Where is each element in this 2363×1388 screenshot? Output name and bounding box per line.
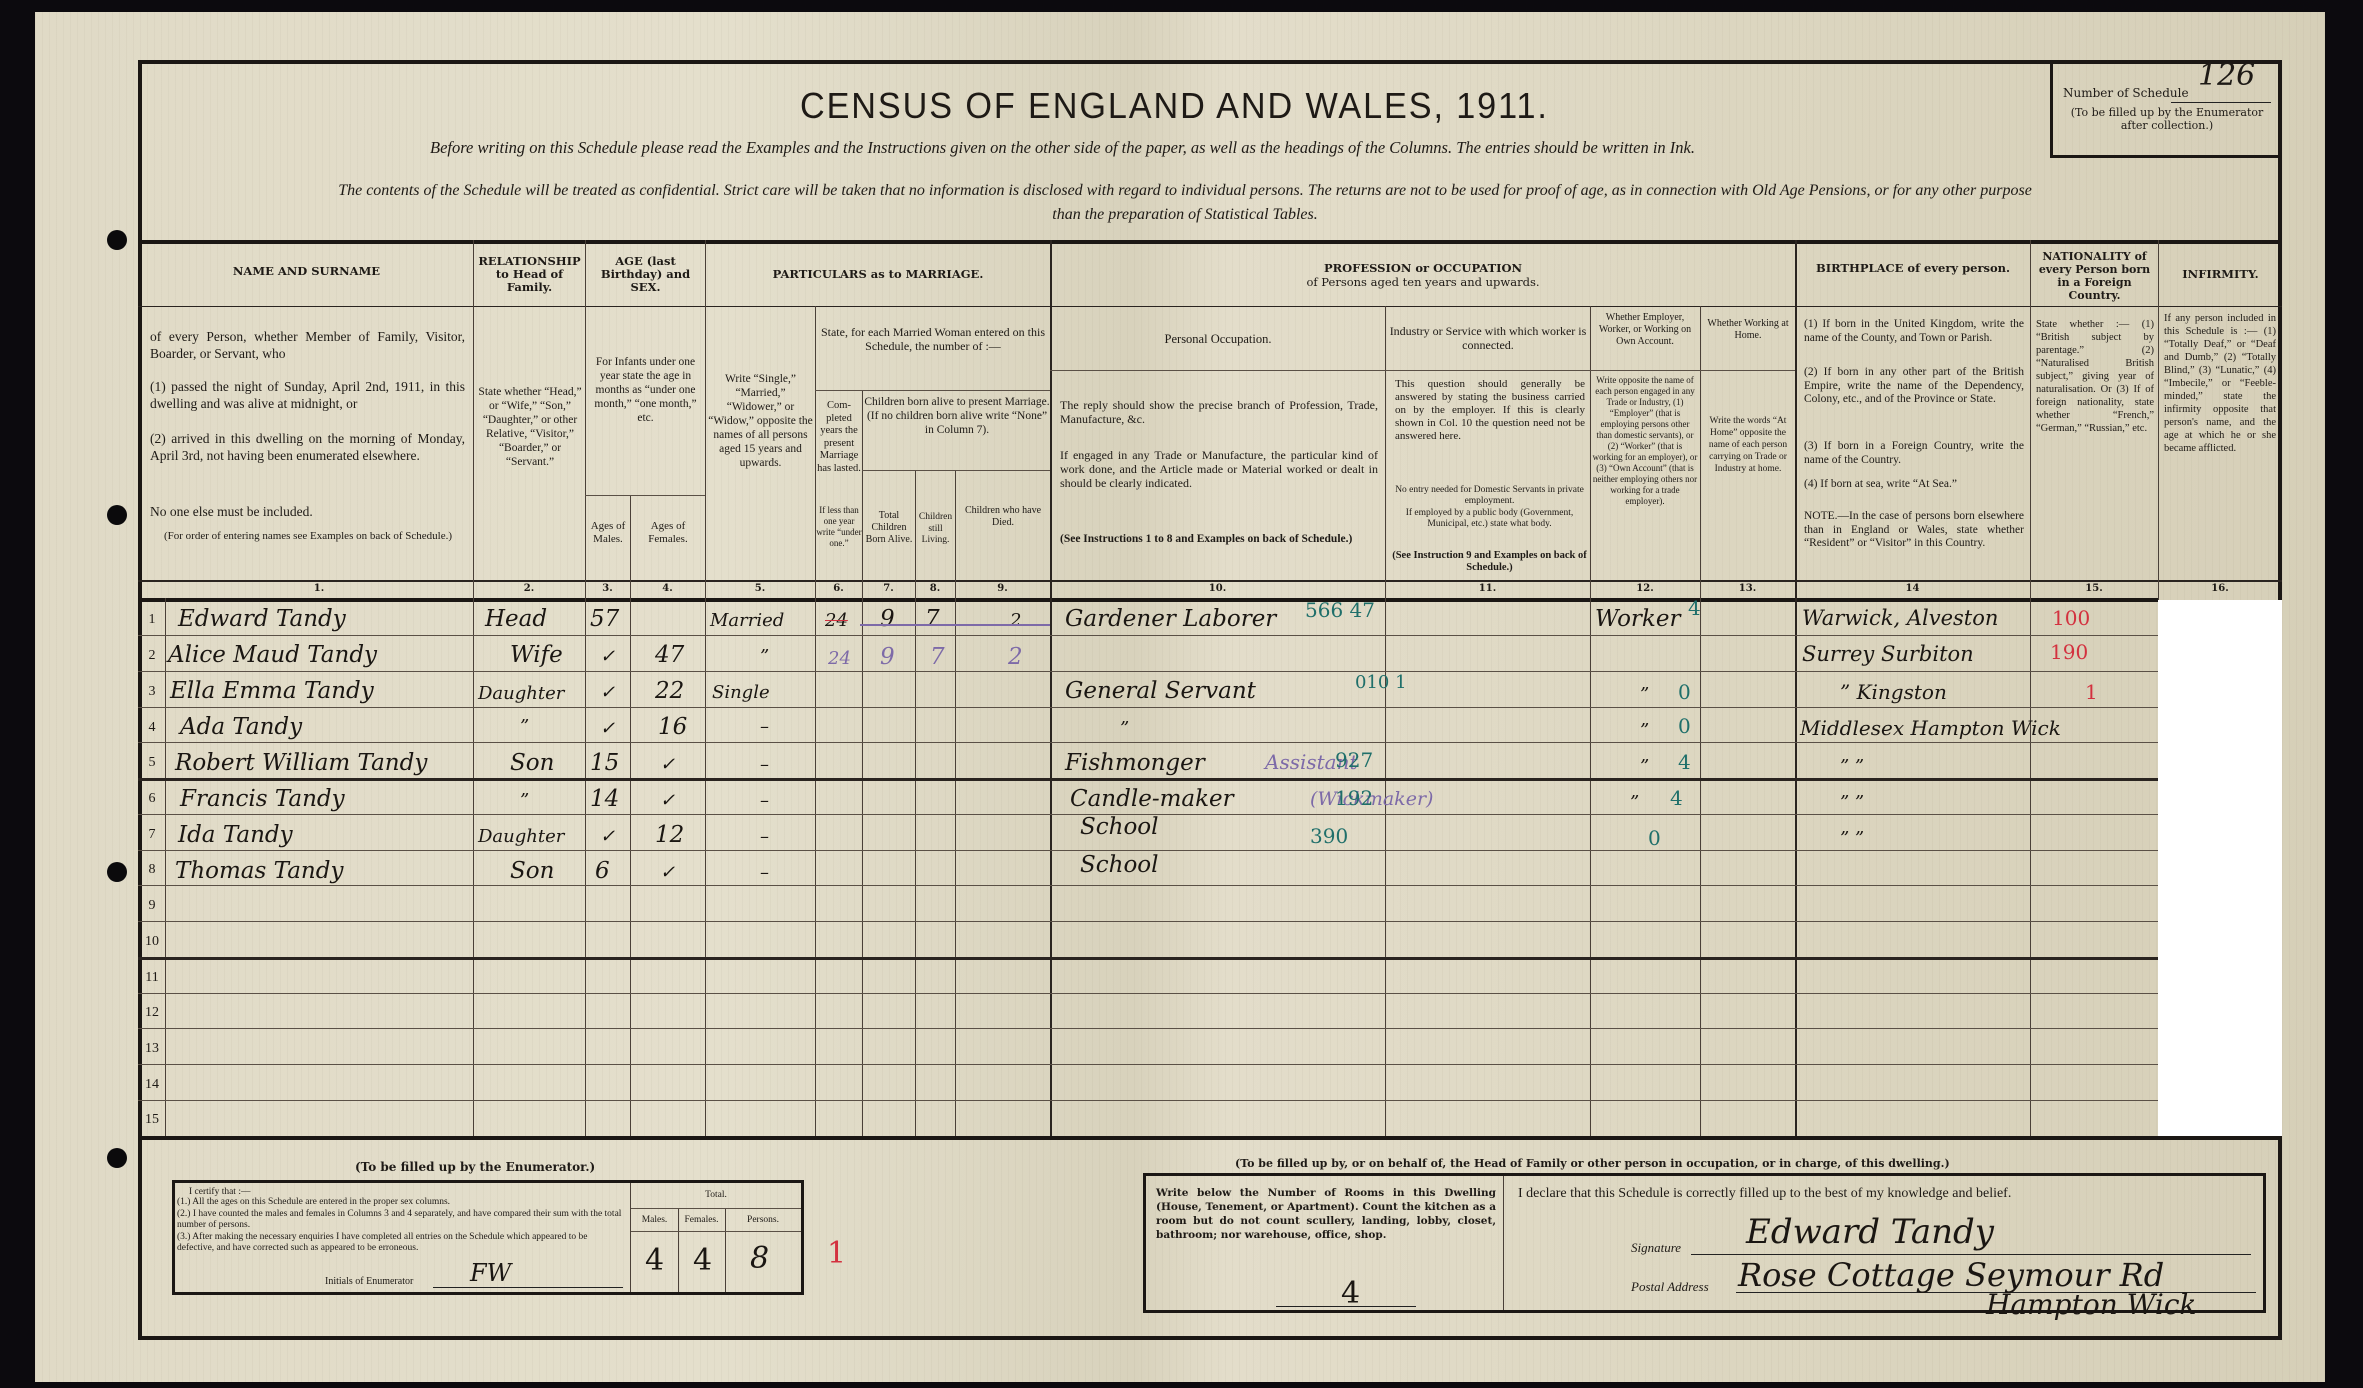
cell-years-married[interactable]: 24: [828, 648, 851, 669]
cell-marriage[interactable]: ”: [760, 646, 769, 667]
col-title-industry: Industry or Service with which worker is…: [1388, 324, 1588, 352]
col-number: 11.: [1385, 583, 1590, 594]
col-desc-birthplace-4: (4) If born at sea, write “At Sea.”: [1804, 478, 2024, 492]
col-desc-occupation-2: If engaged in any Trade or Manufacture, …: [1060, 448, 1378, 490]
col-title-at-home: Whether Working at Home.: [1702, 318, 1794, 342]
col-header-birthplace: BIRTHPLACE of every person.: [1796, 262, 2030, 275]
row-number: 11: [140, 970, 164, 986]
punch-hole: [107, 1148, 127, 1168]
declaration-text: I declare that this Schedule is correctl…: [1518, 1186, 2011, 1202]
enumerator-initials[interactable]: FW: [470, 1259, 511, 1287]
enumerator-heading: (To be filled up by the Enumerator.): [355, 1160, 595, 1174]
cell-marriage[interactable]: Single: [712, 682, 770, 703]
col-desc-employment: Write opposite the name of each person e…: [1592, 375, 1698, 507]
cell-occupation-code: 192: [1335, 786, 1373, 810]
col-desc-industry-2: No entry needed for Domestic Servants in…: [1392, 485, 1587, 507]
total-males[interactable]: 4: [645, 1243, 664, 1278]
col-desc-birthplace-3: (3) If born in a Foreign Country, write …: [1804, 440, 2024, 467]
schedule-number-label: Number of Schedule: [2063, 86, 2189, 100]
cell-occupation[interactable]: ”: [1120, 718, 1129, 739]
col-desc-infirmity: If any person included in this Schedule …: [2164, 312, 2276, 455]
col-desc-name-3: No one else must be included.: [150, 505, 465, 519]
cell-name[interactable]: Edward Tandy: [178, 606, 346, 632]
cell-marriage[interactable]: –: [760, 716, 769, 737]
total-label: Total.: [631, 1189, 801, 1202]
cell-relationship[interactable]: Head: [485, 606, 547, 632]
cell-employment-code: 0: [1648, 826, 1661, 850]
col-desc-marriage-status: Write “Single,” “Married,” “Widower,” or…: [708, 372, 813, 470]
col-header-age: AGE (last Birthday) and SEX.: [586, 255, 705, 294]
cell-marriage[interactable]: Married: [710, 610, 784, 631]
col-desc-industry-4: (See Instruction 9 and Examples on back …: [1392, 550, 1587, 574]
cell-marriage[interactable]: –: [760, 790, 769, 811]
signature-value[interactable]: Edward Tandy: [1746, 1212, 1994, 1252]
col-subheader-occupation: of Persons aged ten years and upwards.: [1051, 276, 1795, 289]
row-number: 9: [140, 898, 164, 914]
certify-item-1: (1.) All the ages on this Schedule are e…: [177, 1197, 627, 1208]
col-number: 5.: [705, 583, 815, 594]
col-desc-children-died: Children who have Died.: [956, 505, 1050, 529]
punch-hole: [107, 505, 127, 525]
schedule-number-value[interactable]: 126: [2198, 58, 2255, 93]
cell-years-married[interactable]: 24: [825, 610, 848, 631]
postal-address-line-2[interactable]: Hampton Wick: [1986, 1288, 2197, 1321]
cell-occupation-code: 566 47: [1305, 598, 1375, 622]
cell-children-died[interactable]: 2: [1010, 610, 1021, 631]
cell-birthplace[interactable]: Middlesex Hampton Wick: [1800, 716, 2061, 740]
total-persons[interactable]: 8: [750, 1241, 769, 1276]
head-section-heading: (To be filled up by, or on behalf of, th…: [1235, 1157, 1950, 1170]
cell-children-born[interactable]: 9: [880, 606, 895, 632]
cell-age-male[interactable]: 6: [595, 858, 610, 884]
col-desc-nationality: State whether :— (1) “British subject by…: [2036, 318, 2154, 435]
punch-hole: [107, 862, 127, 882]
col-number: 9.: [955, 583, 1050, 594]
cell-employment[interactable]: ”: [1630, 792, 1639, 813]
postal-address-label: Postal Address: [1631, 1279, 1709, 1295]
cell-occupation[interactable]: School: [1080, 814, 1159, 840]
confidential-line: The contents of the Schedule will be tre…: [165, 182, 2205, 200]
row-number: 14: [140, 1077, 164, 1093]
col-desc-name-4: (For order of entering names see Example…: [148, 530, 468, 543]
cell-birthplace[interactable]: ” Kingston: [1840, 680, 1947, 704]
cell-relationship[interactable]: Wife: [510, 642, 563, 668]
cell-name[interactable]: Ella Emma Tandy: [170, 678, 374, 704]
col-desc-name: of every Person, whether Member of Famil…: [150, 328, 465, 362]
col-desc-relationship: State whether “Head,” or “Wife,” “Son,” …: [478, 385, 582, 469]
col-desc-occupation-1: The reply should show the precise branch…: [1060, 398, 1378, 426]
col-desc-industry-1: This question should generally be answer…: [1395, 378, 1585, 443]
cell-occupation-code: 010 1: [1355, 672, 1407, 693]
cell-name[interactable]: Ada Tandy: [180, 714, 302, 740]
cell-occupation[interactable]: General Servant: [1065, 678, 1256, 704]
row-number: 8: [140, 862, 164, 878]
cell-age-male[interactable]: ✓: [600, 826, 615, 847]
col-desc-at-home: Write the words “At Home” opposite the n…: [1702, 415, 1794, 475]
cell-occupation-code: 927: [1335, 748, 1373, 772]
row-number: 15: [140, 1112, 164, 1128]
col-header-nationality: NATIONALITY of every Person born in a Fo…: [2031, 250, 2158, 302]
cell-age-female[interactable]: 12: [655, 822, 684, 848]
cell-relationship[interactable]: ”: [520, 716, 529, 737]
cell-age-female[interactable]: ✓: [660, 754, 675, 775]
cell-occupation[interactable]: Fishmonger: [1065, 750, 1205, 776]
females-label: Females.: [678, 1214, 725, 1227]
cell-age-male[interactable]: 14: [590, 786, 619, 812]
col-desc-birthplace-5: NOTE.—In the case of persons born elsewh…: [1804, 510, 2024, 551]
row-number: 12: [140, 1005, 164, 1021]
cell-age-female[interactable]: 47: [655, 642, 684, 668]
col-number: 6.: [815, 583, 862, 594]
col-desc-males: Ages of Males.: [586, 520, 630, 546]
cell-age-male[interactable]: ✓: [600, 718, 615, 739]
signature-label: Signature: [1631, 1240, 1681, 1256]
cell-birthplace-code: 190: [2050, 640, 2088, 664]
cell-age-female[interactable]: ✓: [660, 790, 675, 811]
males-label: Males.: [631, 1214, 678, 1227]
col-number: 14: [1795, 583, 2030, 594]
row-number: 10: [140, 934, 164, 950]
cell-name[interactable]: Thomas Tandy: [175, 858, 343, 884]
col-number: 16.: [2158, 583, 2282, 594]
row-number: 6: [140, 791, 164, 807]
cell-employment[interactable]: ”: [1640, 684, 1649, 705]
row-number: 7: [140, 827, 164, 843]
cell-employment-code: 4: [1688, 596, 1701, 620]
cell-occupation[interactable]: Gardener Laborer: [1065, 606, 1276, 632]
cell-relationship[interactable]: ”: [520, 790, 529, 811]
col-number: 12.: [1590, 583, 1700, 594]
col-desc-children: Children born alive to present Marriage.…: [864, 395, 1050, 437]
cell-name[interactable]: Robert William Tandy: [175, 750, 427, 776]
cell-children-living[interactable]: 7: [925, 606, 940, 632]
col-desc-birthplace-1: (1) If born in the United Kingdom, write…: [1804, 318, 2024, 345]
cell-birthplace[interactable]: Warwick, Alveston: [1802, 606, 1998, 630]
cell-employment-code: 0: [1678, 714, 1691, 738]
cell-name[interactable]: Alice Maud Tandy: [168, 642, 377, 668]
col-title-employment: Whether Employer, Worker, or Working on …: [1592, 312, 1698, 348]
cell-marriage[interactable]: –: [760, 862, 769, 883]
cell-employment-code: 4: [1678, 750, 1691, 774]
schedule-number-note: (To be filled up by the Enumerator after…: [2061, 106, 2273, 132]
cell-birthplace[interactable]: Surrey Surbiton: [1802, 642, 1974, 666]
red-tally-mark: 1: [827, 1236, 846, 1271]
cell-occupation[interactable]: School: [1080, 852, 1159, 878]
cell-age-male[interactable]: 57: [590, 606, 619, 632]
row-number: 2: [140, 648, 164, 664]
col-number: 4.: [630, 583, 705, 594]
cell-age-male[interactable]: ✓: [600, 646, 615, 667]
col-number: 13.: [1700, 583, 1795, 594]
cell-birthplace-code: 100: [2052, 606, 2090, 630]
col-desc-total-children: Total Children Born Alive.: [863, 510, 915, 546]
certify-item-2: (2.) I have counted the males and female…: [177, 1209, 627, 1231]
schedule-number-box: Number of Schedule 126 (To be filled up …: [2050, 62, 2278, 158]
col-number: 7.: [862, 583, 915, 594]
col-number: 1.: [165, 583, 473, 594]
col-header-name: NAME AND SURNAME: [140, 265, 473, 278]
col-desc-name-1: (1) passed the night of Sunday, April 2n…: [150, 378, 465, 412]
cell-age-female[interactable]: ✓: [660, 862, 675, 883]
cell-marriage[interactable]: –: [760, 826, 769, 847]
cell-marriage[interactable]: –: [760, 754, 769, 775]
row-number: 1: [140, 612, 164, 628]
col-header-marriage: PARTICULARS as to MARRIAGE.: [706, 268, 1050, 281]
col-desc-occupation-3: (See Instructions 1 to 8 and Examples on…: [1060, 532, 1378, 546]
cell-relationship[interactable]: Daughter: [478, 683, 564, 704]
row-number: 4: [140, 720, 164, 736]
col-desc-children-living: Children still Living.: [916, 512, 955, 547]
instruction-line: Before writing on this Schedule please r…: [430, 138, 2030, 158]
col-header-occupation: PROFESSION or OCCUPATION: [1051, 262, 1795, 275]
total-females[interactable]: 4: [693, 1243, 712, 1278]
col-desc-years-married: Com-pleted years the present Marriage ha…: [816, 400, 862, 475]
initials-label: Initials of Enumerator: [325, 1275, 413, 1288]
cell-employment[interactable]: Worker: [1595, 606, 1680, 632]
cell-birthplace[interactable]: ” ”: [1840, 756, 1864, 777]
cell-age-male[interactable]: ✓: [600, 682, 615, 703]
row-number: 13: [140, 1041, 164, 1057]
infirmity-column-redacted: [2158, 600, 2282, 1136]
col-desc-age: For Infants under one year state the age…: [588, 355, 703, 425]
col-number: 2.: [473, 583, 585, 594]
certify-item-3: (3.) After making the necessary enquirie…: [177, 1232, 627, 1254]
confidential-line-2: than the preparation of Statistical Tabl…: [165, 206, 2205, 224]
cell-occupation[interactable]: Candle-maker: [1070, 786, 1234, 812]
col-desc-birthplace-2: (2) If born in any other part of the Bri…: [1804, 366, 2024, 407]
col-desc-females: Ages of Females.: [631, 520, 705, 546]
cell-name[interactable]: Francis Tandy: [180, 786, 345, 812]
page-title: CENSUS OF ENGLAND AND WALES, 1911.: [800, 85, 1549, 127]
cell-children-living[interactable]: 7: [930, 644, 945, 670]
row-number: 3: [140, 684, 164, 700]
cell-employment[interactable]: ”: [1640, 756, 1649, 777]
col-number: 10.: [1050, 583, 1385, 594]
col-number: 3.: [585, 583, 630, 594]
rooms-instruction: Write below the Number of Rooms in this …: [1156, 1186, 1496, 1242]
head-section-box: Write below the Number of Rooms in this …: [1143, 1173, 2266, 1313]
cell-employment-code: 4: [1670, 786, 1683, 810]
col-header-relationship: RELATIONSHIP to Head of Family.: [474, 255, 585, 294]
col-number: 8.: [915, 583, 955, 594]
cell-relationship[interactable]: Son: [510, 858, 554, 884]
cell-age-female[interactable]: 22: [655, 678, 684, 704]
enumerator-box: I certify that :— (1.) All the ages on t…: [172, 1180, 804, 1295]
cell-children-born[interactable]: 9: [880, 644, 895, 670]
cell-employment[interactable]: ”: [1640, 720, 1649, 741]
col-header-infirmity: INFIRMITY.: [2159, 268, 2282, 281]
col-desc-industry-3: If employed by a public body (Government…: [1392, 508, 1587, 530]
cell-relationship[interactable]: Daughter: [478, 826, 564, 847]
col-desc-married-woman: State, for each Married Woman entered on…: [818, 325, 1048, 353]
cell-birthplace[interactable]: ” ”: [1840, 792, 1864, 813]
cell-relationship[interactable]: Son: [510, 750, 554, 776]
cell-name[interactable]: Ida Tandy: [178, 822, 293, 848]
cell-employment-code: 0: [1678, 680, 1691, 704]
col-number: 15.: [2030, 583, 2158, 594]
col-title-personal-occupation: Personal Occupation.: [1051, 332, 1385, 346]
cell-children-died[interactable]: 2: [1008, 644, 1023, 670]
col-desc-name-2: (2) arrived in this dwelling on the morn…: [150, 430, 465, 464]
col-desc-years-married-note: If less than one year write “under one.”: [816, 505, 862, 549]
cell-birthplace[interactable]: ” ”: [1840, 828, 1864, 849]
cell-occupation-code: 390: [1310, 824, 1348, 848]
punch-hole: [107, 230, 127, 250]
cell-age-male[interactable]: 15: [590, 750, 619, 776]
row-number: 5: [140, 755, 164, 771]
cell-birthplace-code: 1: [2085, 680, 2098, 704]
persons-label: Persons.: [725, 1214, 801, 1227]
cell-age-female[interactable]: 16: [658, 714, 687, 740]
